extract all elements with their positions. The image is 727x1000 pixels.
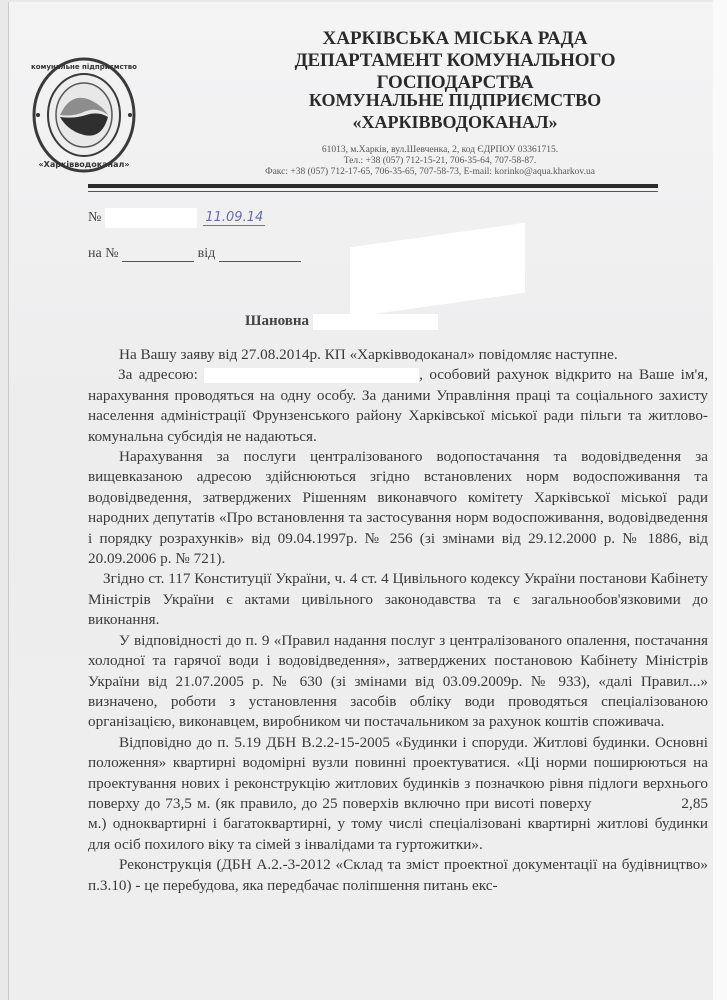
redacted-name <box>313 314 438 330</box>
p6-part-a: Відповідно до п. 5.19 ДБН В.2.2-15-2005 … <box>88 734 708 812</box>
redacted-address <box>204 368 419 383</box>
header-rule-thin <box>88 191 658 192</box>
paragraph-2: За адресою: , особовий рахунок відкрито … <box>88 365 708 447</box>
page-edge <box>713 0 727 1000</box>
ref-number-blank <box>122 247 194 262</box>
paragraph-7: Реконструкція (ДБН А.2.-3-2012 «Склад та… <box>88 855 708 896</box>
letterhead-fax-email: Факс: +38 (057) 712-17-65, 706-35-65, 70… <box>220 167 640 178</box>
reference-line: на № від <box>88 246 301 262</box>
letterhead-enterprise-name: «ХАРКІВВОДОКАНАЛ» <box>220 112 690 133</box>
p2-start: За адресою: <box>118 366 198 383</box>
ref-from-label: від <box>198 246 216 261</box>
number-label: № <box>88 210 101 225</box>
paragraph-4: Згідно ст. 117 Конституції України, ч. 4… <box>88 569 708 630</box>
letterhead-city-council: ХАРКІВСЬКА МІСЬКА РАДА <box>220 28 690 50</box>
ref-number-label: на № <box>88 246 119 261</box>
letterhead-enterprise-type: КОМУНАЛЬНЕ ПІДПРИЄМСТВО <box>220 90 690 111</box>
header-rule-thick <box>88 184 658 188</box>
letterhead-department: ДЕПАРТАМЕНТ КОМУНАЛЬНОГО ГОСПОДАРСТВА <box>220 50 690 94</box>
greeting: Шановна <box>245 313 438 330</box>
redacted-number <box>105 208 197 228</box>
paragraph-3: Нарахування за послуги централізованого … <box>88 447 708 569</box>
ref-date-blank <box>219 247 301 262</box>
svg-text:комунальне підприємство: комунальне підприємство <box>31 63 137 71</box>
letterhead-address: 61013, м.Харків, вул.Шевченка, 2, код ЄД… <box>240 145 640 156</box>
outgoing-number: №11.09.14 <box>88 208 265 228</box>
letterhead-phones: Тел.: +38 (057) 712-15-21, 706-35-64, 70… <box>240 156 640 167</box>
svg-text:«Харківводоканал»: «Харківводоканал» <box>39 159 130 169</box>
water-swirl-logo-icon: комунальне підприємство «Харківводоканал… <box>30 55 138 175</box>
greeting-text: Шановна <box>245 313 309 329</box>
letter-body: На Вашу заяву від 27.08.2014р. КП «Харкі… <box>88 345 708 896</box>
handwritten-date: 11.09.14 <box>203 210 265 226</box>
paragraph-6: Відповідно до п. 5.19 ДБН В.2.2-15-2005 … <box>88 733 708 855</box>
paragraph-5: У відповідності до п. 9 «Правил надання … <box>88 631 708 733</box>
paragraph-1: На Вашу заяву від 27.08.2014р. КП «Харкі… <box>88 345 708 365</box>
